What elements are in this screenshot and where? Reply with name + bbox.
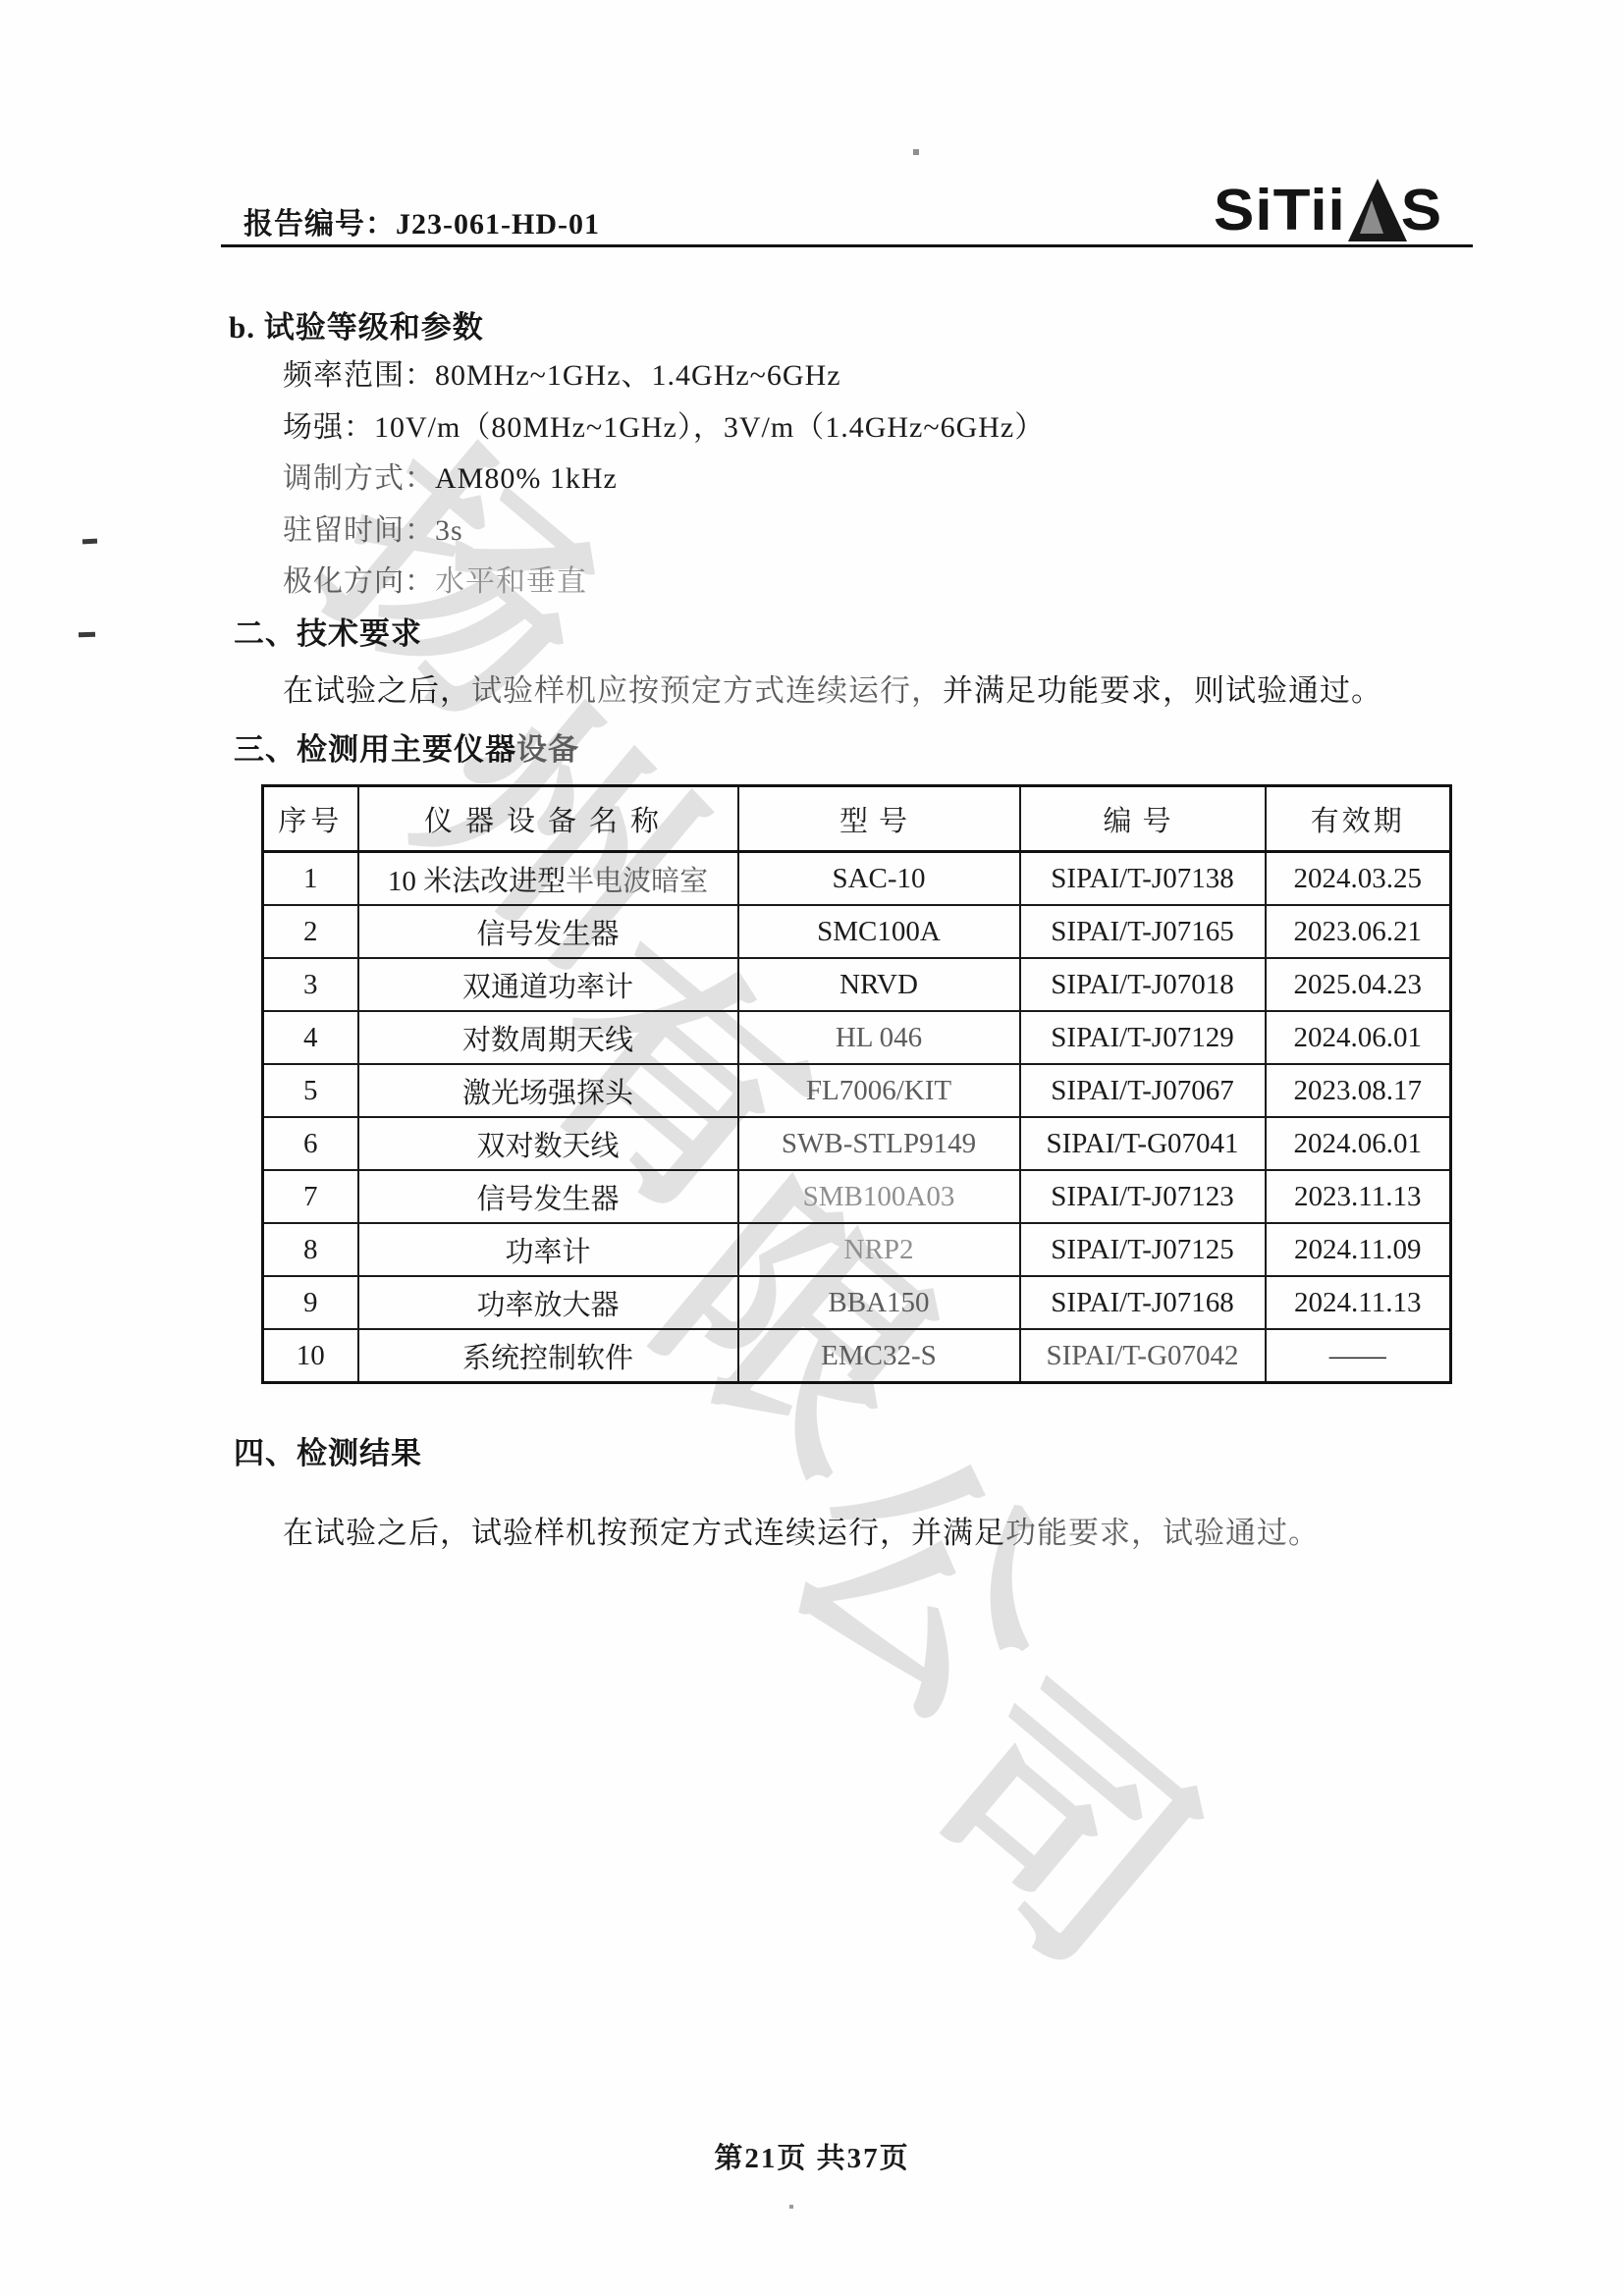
body-text-segment: 试验通过。: [1163, 1516, 1320, 1550]
table-header-cell-4: 有效期: [1266, 786, 1451, 852]
equipment-table-body: 110 米法改进型半电波暗室SAC-10SIPAI/T-J071382024.0…: [263, 852, 1451, 1383]
cell-serial-number: SIPAI/T-J07125: [1020, 1223, 1266, 1276]
cell-model: SWB-STLP9149: [738, 1117, 1020, 1170]
parameter-label: 场强：: [283, 411, 374, 444]
cell-serial-number: SIPAI/T-J07018: [1020, 958, 1266, 1011]
cell-index: 10: [263, 1329, 358, 1383]
section-4-body: 在试验之后，试验样机按预定方式连续运行，并满足功能要求，试验通过。: [283, 1508, 1320, 1552]
cell-validity-date: 2025.04.23: [1266, 958, 1451, 1011]
cell-index: 8: [263, 1223, 358, 1276]
table-row-8: 8功率计NRP2SIPAI/T-J071252024.11.09: [263, 1223, 1451, 1276]
table-header-cell-1: 仪器设备名称: [358, 786, 738, 852]
parameter-value: 80MHz~1GHz、1.4GHz~6GHz: [435, 359, 841, 392]
cell-model: BBA150: [738, 1276, 1020, 1329]
body-text-segment: 试验样机应按预定方式连续运行，: [471, 673, 943, 708]
logo-text-prefix: SiTii: [1214, 182, 1346, 240]
table-row-9: 9功率放大器BBA150SIPAI/T-J071682024.11.13: [263, 1276, 1451, 1329]
parameter-value: AM80% 1kHz: [435, 462, 618, 495]
scan-artifact-dash: [82, 539, 97, 545]
cell-serial-number: SIPAI/T-J07138: [1020, 852, 1266, 906]
cell-equipment-name: 双通道功率计: [358, 958, 738, 1011]
equipment-table-header: 序号仪器设备名称型号编号有效期: [263, 786, 1451, 852]
cell-validity-date: 2024.11.13: [1266, 1276, 1451, 1329]
cell-validity-date: 2024.06.01: [1266, 1011, 1451, 1064]
body-text-segment: 在试验之后，试验样机按预定方式连续运行，并满足: [283, 1516, 1005, 1550]
report-number: 报告编号：J23-061-HD-01: [244, 199, 600, 242]
logo-a-triangle-icon: [1348, 179, 1407, 241]
cell-model: NRVD: [738, 958, 1020, 1011]
page-footer: 第21页 共37页: [0, 2136, 1624, 2176]
cell-model: FL7006/KIT: [738, 1064, 1020, 1117]
content-layer: 报告编号：J23-061-HD-01 SiTii S b. 试验等级和参数 频率…: [0, 0, 1624, 2296]
cell-index: 5: [263, 1064, 358, 1117]
parameter-label: 驻留时间：: [283, 514, 435, 547]
cell-index: 2: [263, 905, 358, 958]
parameter-row-4: 极化方向：水平和垂直: [283, 557, 1363, 609]
cell-validity-date: 2023.11.13: [1266, 1170, 1451, 1223]
parameter-value: 3s: [435, 514, 463, 547]
cell-validity-date: 2023.08.17: [1266, 1064, 1451, 1117]
cell-equipment-name: 系统控制软件: [358, 1329, 738, 1383]
cell-equipment-name: 功率计: [358, 1223, 738, 1276]
cell-equipment-name: 激光场强探头: [358, 1064, 738, 1117]
body-text-segment: 功能要求，: [1005, 1516, 1163, 1550]
logo-text-suffix: S: [1401, 182, 1442, 240]
section-4-title: 四、检测结果: [234, 1428, 422, 1472]
cell-serial-number: SIPAI/T-G07041: [1020, 1117, 1266, 1170]
body-text-segment: 在试验之后，: [283, 673, 471, 708]
logo-a-inner-triangle-icon: [1360, 200, 1383, 234]
cell-equipment-name: 10 米法改进型半电波暗室: [358, 852, 738, 906]
equipment-table: 序号仪器设备名称型号编号有效期 110 米法改进型半电波暗室SAC-10SIPA…: [261, 784, 1452, 1384]
parameter-value: 10V/m（80MHz~1GHz），3V/m（1.4GHz~6GHz）: [374, 411, 1045, 444]
cell-serial-number: SIPAI/T-J07165: [1020, 905, 1266, 958]
section-2-title: 二、技术要求: [234, 609, 422, 653]
cell-equipment-name: 信号发生器: [358, 905, 738, 958]
body-text-segment: 并满足功能要求，则试验通过。: [943, 673, 1382, 708]
section-3-title-faded: 设备: [516, 732, 579, 767]
parameter-row-0: 频率范围：80MHz~1GHz、1.4GHz~6GHz: [283, 350, 1363, 402]
table-row-3: 3双通道功率计NRVDSIPAI/T-J070182025.04.23: [263, 958, 1451, 1011]
table-row-1: 110 米法改进型半电波暗室SAC-10SIPAI/T-J071382024.0…: [263, 852, 1451, 906]
cell-index: 6: [263, 1117, 358, 1170]
parameter-row-2: 调制方式：AM80% 1kHz: [283, 454, 1363, 506]
table-header-cell-0: 序号: [263, 786, 358, 852]
parameter-row-1: 场强：10V/m（80MHz~1GHz），3V/m（1.4GHz~6GHz）: [283, 402, 1363, 454]
table-row-7: 7信号发生器SMB100A03SIPAI/T-J071232023.11.13: [263, 1170, 1451, 1223]
table-row-2: 2信号发生器SMC100ASIPAI/T-J071652023.06.21: [263, 905, 1451, 958]
table-header-cell-3: 编号: [1020, 786, 1266, 852]
table-row-6: 6双对数天线SWB-STLP9149SIPAI/T-G070412024.06.…: [263, 1117, 1451, 1170]
cell-validity-date: 2024.03.25: [1266, 852, 1451, 906]
parameter-label: 极化方向：: [283, 565, 435, 598]
cell-index: 3: [263, 958, 358, 1011]
cell-validity-date: 2024.11.09: [1266, 1223, 1451, 1276]
cell-model: HL 046: [738, 1011, 1020, 1064]
company-logo: SiTii S: [1214, 173, 1442, 241]
section-3-title-main: 三、检测用主要仪器: [234, 732, 516, 767]
cell-index: 7: [263, 1170, 358, 1223]
cell-model: SAC-10: [738, 852, 1020, 906]
document-page: 扬州有限公司 报告编号：J23-061-HD-01 SiTii S b. 试验等…: [0, 0, 1624, 2296]
cell-validity-date: ——: [1266, 1329, 1451, 1383]
table-row-5: 5激光场强探头FL7006/KITSIPAI/T-J070672023.08.1…: [263, 1064, 1451, 1117]
cell-equipment-name: 信号发生器: [358, 1170, 738, 1223]
cell-equipment-name-faded-part: 半电波暗室: [566, 866, 708, 897]
cell-index: 9: [263, 1276, 358, 1329]
cell-model: EMC32-S: [738, 1329, 1020, 1383]
cell-serial-number: SIPAI/T-J07168: [1020, 1276, 1266, 1329]
cell-serial-number: SIPAI/T-J07067: [1020, 1064, 1266, 1117]
cell-index: 1: [263, 852, 358, 906]
parameter-label: 频率范围：: [283, 359, 435, 392]
cell-serial-number: SIPAI/T-G07042: [1020, 1329, 1266, 1383]
parameter-label: 调制方式：: [283, 462, 435, 495]
cell-validity-date: 2024.06.01: [1266, 1117, 1451, 1170]
parameter-value: 水平和垂直: [435, 565, 587, 598]
scan-artifact-dash: [79, 632, 95, 638]
cell-model: SMB100A03: [738, 1170, 1020, 1223]
cell-validity-date: 2023.06.21: [1266, 905, 1451, 958]
cell-model: NRP2: [738, 1223, 1020, 1276]
table-row-10: 10系统控制软件EMC32-SSIPAI/T-G07042——: [263, 1329, 1451, 1383]
section-3-title: 三、检测用主要仪器设备: [234, 724, 579, 769]
header-divider: [221, 244, 1473, 247]
cell-serial-number: SIPAI/T-J07123: [1020, 1170, 1266, 1223]
cell-index: 4: [263, 1011, 358, 1064]
cell-model: SMC100A: [738, 905, 1020, 958]
cell-equipment-name: 双对数天线: [358, 1117, 738, 1170]
section-b-title: b. 试验等级和参数: [229, 302, 484, 347]
scan-artifact-speck: [913, 149, 919, 155]
parameter-row-3: 驻留时间：3s: [283, 506, 1363, 558]
cell-equipment-name: 对数周期天线: [358, 1011, 738, 1064]
parameter-list: 频率范围：80MHz~1GHz、1.4GHz~6GHz场强：10V/m（80MH…: [283, 350, 1363, 609]
cell-equipment-name: 功率放大器: [358, 1276, 738, 1329]
table-row-4: 4对数周期天线HL 046SIPAI/T-J071292024.06.01: [263, 1011, 1451, 1064]
section-2-body: 在试验之后，试验样机应按预定方式连续运行，并满足功能要求，则试验通过。: [283, 666, 1382, 710]
scan-artifact-speck: [789, 2205, 793, 2209]
table-header-cell-2: 型号: [738, 786, 1020, 852]
cell-serial-number: SIPAI/T-J07129: [1020, 1011, 1266, 1064]
